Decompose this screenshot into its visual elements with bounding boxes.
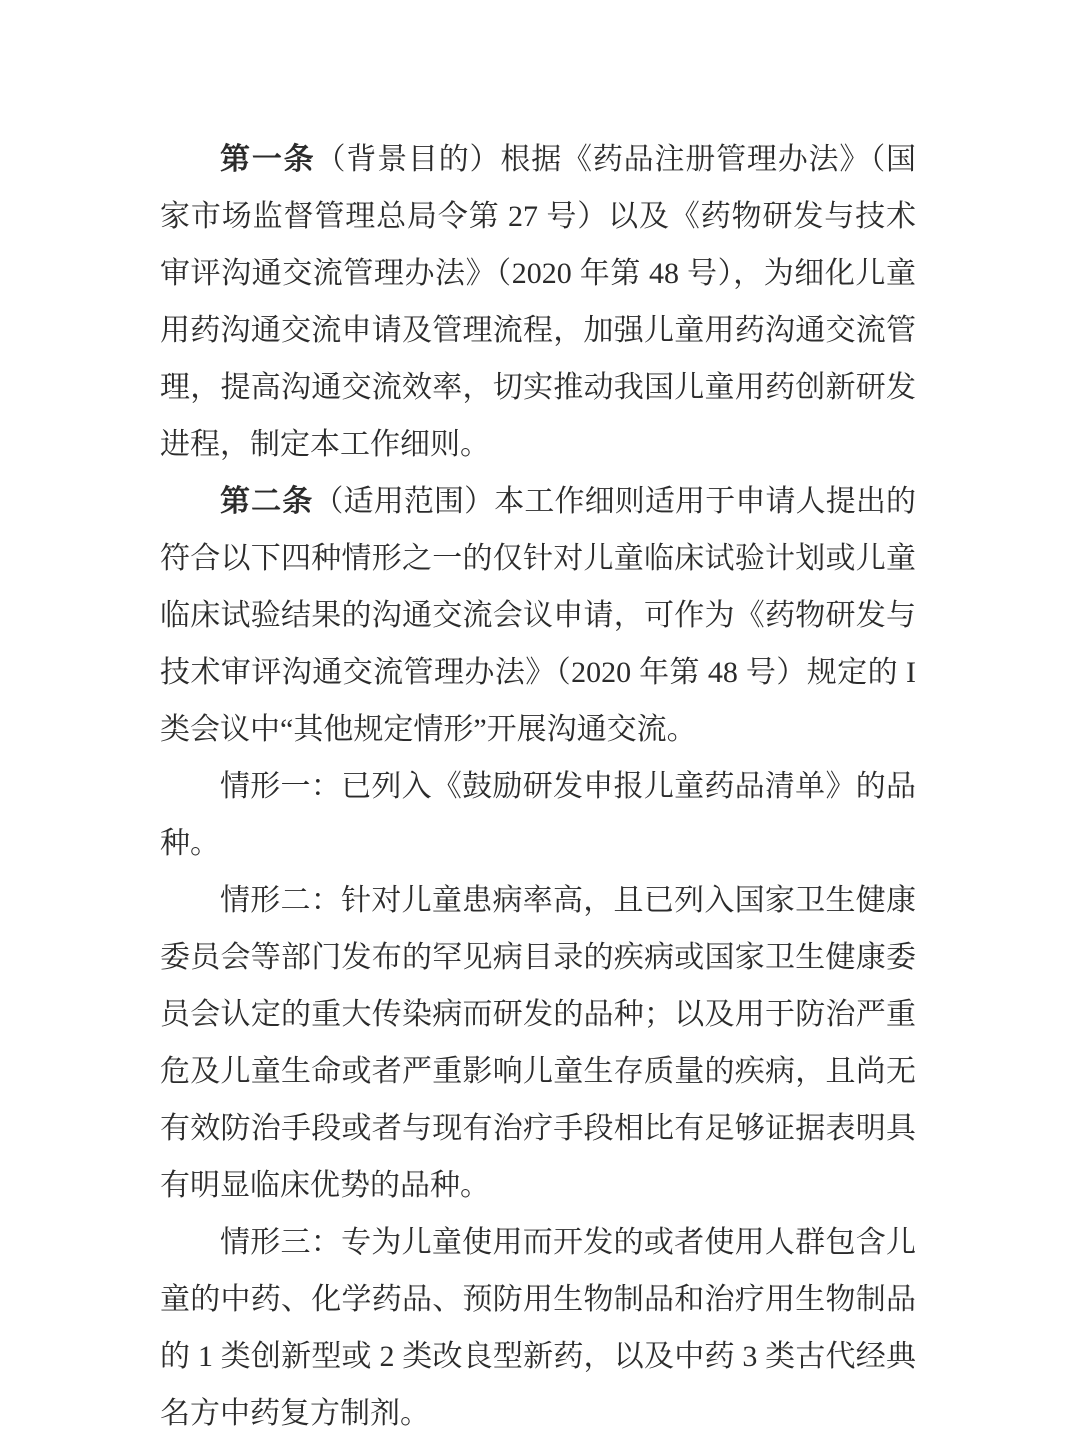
article-1-lead: 第一条 (220, 143, 315, 176)
article-1-text: （背景目的）根据《药品注册管理办法》（国家市场监督管理总局令第 27 号）以及《… (160, 143, 916, 461)
scenario-2-text: 情形二：针对儿童患病率高，且已列入国家卫生健康委员会等部门发布的罕见病目录的疾病… (160, 884, 916, 1202)
paragraph-article-2: 第二条（适用范围）本工作细则适用于申请人提出的符合以下四种情形之一的仅针对儿童临… (160, 473, 916, 758)
paragraph-scenario-1: 情形一：已列入《鼓励研发申报儿童药品清单》的品种。 (160, 758, 916, 872)
paragraph-article-1: 第一条（背景目的）根据《药品注册管理办法》（国家市场监督管理总局令第 27 号）… (160, 131, 916, 473)
scenario-1-text: 情形一：已列入《鼓励研发申报儿童药品清单》的品种。 (160, 770, 916, 860)
article-2-text: （适用范围）本工作细则适用于申请人提出的符合以下四种情形之一的仅针对儿童临床试验… (160, 485, 916, 746)
document-body: 第一条（背景目的）根据《药品注册管理办法》（国家市场监督管理总局令第 27 号）… (160, 131, 916, 1437)
paragraph-scenario-2: 情形二：针对儿童患病率高，且已列入国家卫生健康委员会等部门发布的罕见病目录的疾病… (160, 872, 916, 1214)
paragraph-scenario-3: 情形三：专为儿童使用而开发的或者使用人群包含儿童的中药、化学药品、预防用生物制品… (160, 1214, 916, 1437)
scenario-3-text: 情形三：专为儿童使用而开发的或者使用人群包含儿童的中药、化学药品、预防用生物制品… (160, 1226, 916, 1430)
article-2-lead: 第二条 (220, 485, 313, 518)
document-page: 第一条（背景目的）根据《药品注册管理办法》（国家市场监督管理总局令第 27 号）… (0, 0, 1080, 1437)
